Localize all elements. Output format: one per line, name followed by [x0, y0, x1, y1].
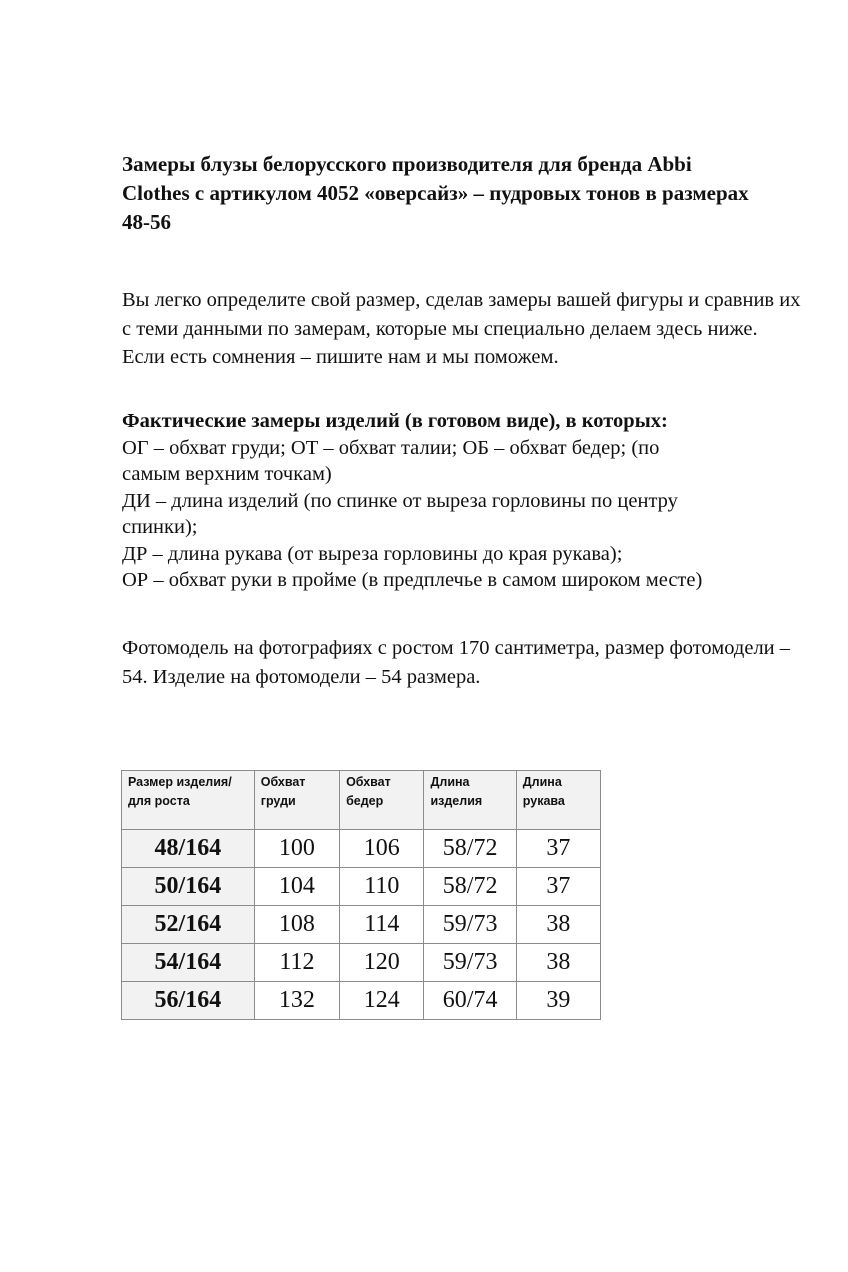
cell-size: 52/164: [122, 906, 255, 944]
cell-length: 59/73: [424, 906, 516, 944]
table-header-row: Размер изделия/для роста Обхват груди Об…: [122, 771, 601, 830]
legend-line: ОГ – обхват груди; ОТ – обхват талии; ОБ…: [122, 435, 812, 462]
table-row: 54/164 112 120 59/73 38: [122, 944, 601, 982]
table-row: 52/164 108 114 59/73 38: [122, 906, 601, 944]
cell-sleeve: 38: [516, 906, 600, 944]
legend-line: спинки);: [122, 514, 812, 541]
header-chest: Обхват груди: [254, 771, 339, 830]
cell-length: 60/74: [424, 982, 516, 1020]
cell-length: 58/72: [424, 830, 516, 868]
cell-sleeve: 37: [516, 868, 600, 906]
cell-size: 54/164: [122, 944, 255, 982]
cell-chest: 132: [254, 982, 339, 1020]
model-note: Фотомодель на фотографиях с ростом 170 с…: [122, 634, 802, 692]
cell-chest: 104: [254, 868, 339, 906]
cell-sleeve: 37: [516, 830, 600, 868]
cell-length: 59/73: [424, 944, 516, 982]
cell-size: 56/164: [122, 982, 255, 1020]
header-sleeve: Длина рукава: [516, 771, 600, 830]
legend-line: ДИ – длина изделий (по спинке от выреза …: [122, 488, 812, 515]
table-row: 48/164 100 106 58/72 37: [122, 830, 601, 868]
cell-hips: 124: [340, 982, 424, 1020]
header-size: Размер изделия/для роста: [122, 771, 255, 830]
cell-chest: 108: [254, 906, 339, 944]
legend-line: ДР – длина рукава (от выреза горловины д…: [122, 541, 812, 568]
table-row: 56/164 132 124 60/74 39: [122, 982, 601, 1020]
cell-chest: 100: [254, 830, 339, 868]
cell-size: 50/164: [122, 868, 255, 906]
cell-hips: 110: [340, 868, 424, 906]
cell-hips: 120: [340, 944, 424, 982]
measurements-legend: Фактические замеры изделий (в готовом ви…: [122, 408, 812, 594]
document-title: Замеры блузы белорусского производителя …: [122, 150, 762, 237]
table-row: 50/164 104 110 58/72 37: [122, 868, 601, 906]
legend-line: самым верхним точкам): [122, 461, 812, 488]
cell-sleeve: 39: [516, 982, 600, 1020]
cell-hips: 114: [340, 906, 424, 944]
legend-heading: Фактические замеры изделий (в готовом ви…: [122, 408, 812, 435]
cell-length: 58/72: [424, 868, 516, 906]
cell-sleeve: 38: [516, 944, 600, 982]
intro-paragraph: Вы легко определите свой размер, сделав …: [122, 286, 802, 372]
size-table: Размер изделия/для роста Обхват груди Об…: [121, 770, 601, 1020]
legend-line: ОР – обхват руки в пройме (в предплечье …: [122, 567, 812, 594]
cell-hips: 106: [340, 830, 424, 868]
cell-chest: 112: [254, 944, 339, 982]
cell-size: 48/164: [122, 830, 255, 868]
header-hips: Обхват бедер: [340, 771, 424, 830]
header-length: Длина изделия: [424, 771, 516, 830]
